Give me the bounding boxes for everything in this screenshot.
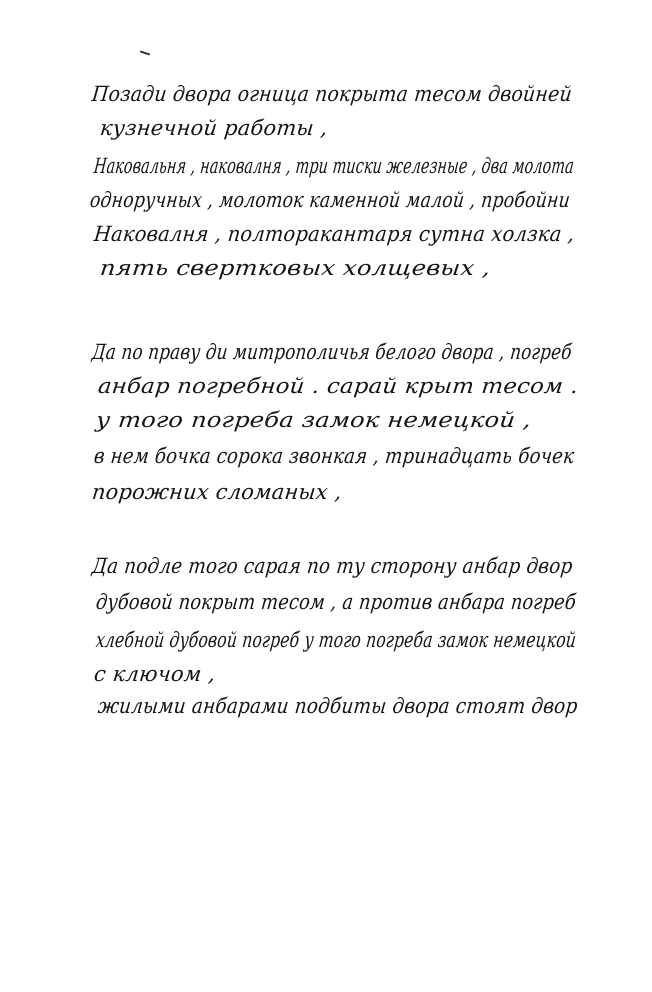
stray-ink-mark — [140, 51, 150, 56]
manuscript-line: Да подле того сарая по ту сторону анбар … — [91, 556, 574, 577]
manuscript-line: Да по праву ди митрополичья белого двора… — [91, 342, 573, 363]
manuscript-line: дубовой покрыт тесом , а против анбара п… — [95, 592, 577, 613]
manuscript-line: с ключом , — [93, 664, 217, 685]
manuscript-line: Позади двора огница покрыта тесом двойне… — [91, 84, 573, 105]
manuscript-line: анбар погребной . сарай крыт тесом . — [97, 376, 579, 397]
manuscript-line: Наковальня , наковалня , три тиски желез… — [93, 156, 575, 177]
manuscript-line: пять свертковых холщевых , — [99, 258, 491, 279]
manuscript-line: в нем бочка сорока звонкая , тринадцать … — [93, 446, 575, 467]
manuscript-line: одноручных , молоток каменной малой , пр… — [89, 190, 571, 211]
manuscript-line: жилыми анбарами подбиты двора стоят двор — [97, 696, 579, 717]
manuscript-line: хлебной дубовой погреб у того погреба за… — [95, 630, 577, 651]
manuscript-line: кузнечной работы , — [99, 118, 329, 139]
manuscript-line: порожних сломаных , — [91, 482, 343, 503]
manuscript-page: Позади двора огница покрыта тесом двойне… — [0, 0, 652, 992]
manuscript-line: Наковалня , полторакантаря сутна холзка … — [93, 224, 575, 245]
manuscript-line: у того погреба замок немецкой , — [95, 410, 532, 431]
